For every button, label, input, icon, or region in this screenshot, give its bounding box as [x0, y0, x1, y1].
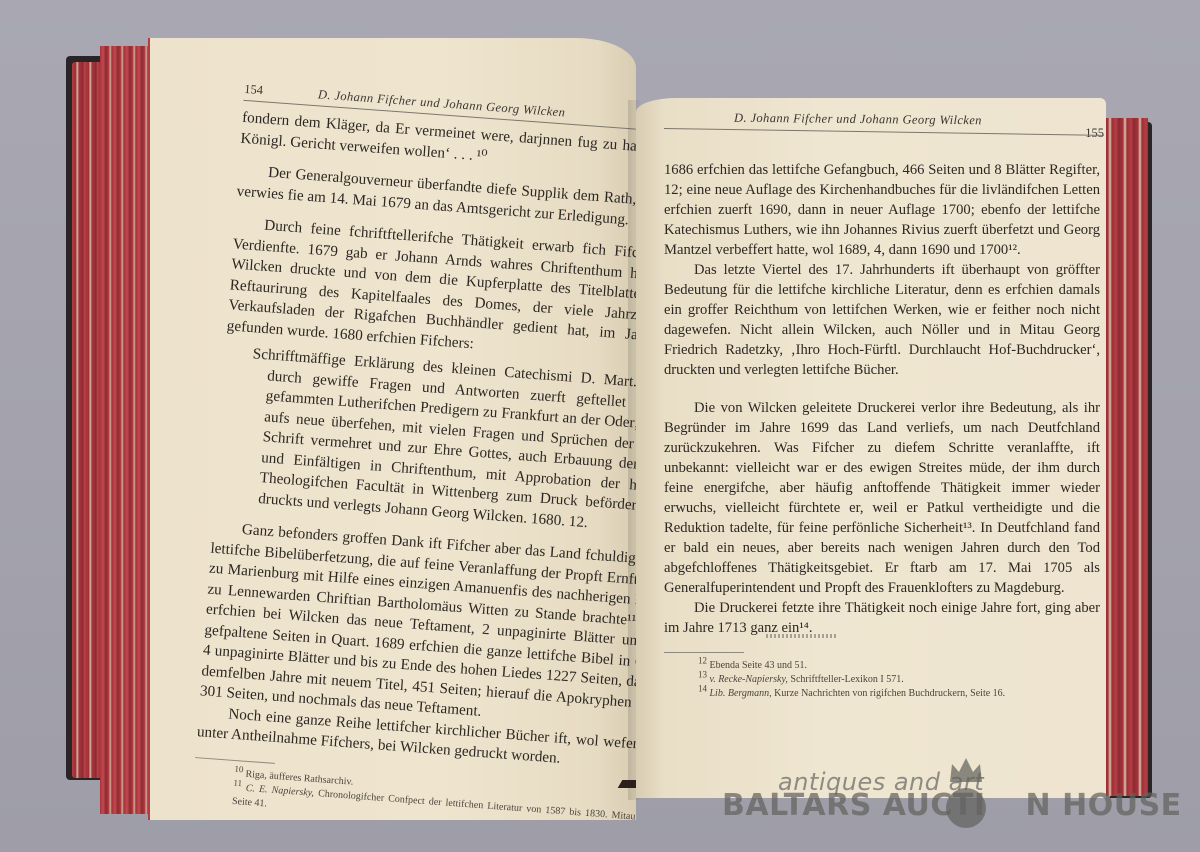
footnote-number: 13 — [698, 670, 707, 680]
right-page: D. Johann Fifcher und Johann Georg Wilck… — [636, 98, 1106, 798]
paragraph: Die von Wilcken geleitete Druckerei verl… — [664, 398, 1100, 598]
paragraph: 1686 erfchien das lettifche Gefangbuch, … — [664, 160, 1100, 260]
left-page-body: fondern dem Kläger, da Er vermeinet were… — [192, 108, 636, 820]
paragraph: Das letzte Viertel des 17. Jahrhunderts … — [664, 260, 1100, 380]
header-rule-right — [664, 128, 1104, 136]
footnote: 12 Ebenda Seite 43 und 51. — [664, 659, 1100, 673]
watermark-name: BALTARS AUCTIN HOUSE — [722, 788, 1182, 823]
crown-icon — [948, 756, 984, 784]
running-head-title-right: D. Johann Fifcher und Johann Georg Wilck… — [734, 111, 982, 129]
page-number-right: 155 — [1085, 126, 1104, 141]
footnotes-left: 10 Riga, äufferes Rathsarchiv. 11 C. E. … — [192, 764, 636, 820]
footnote-number: 14 — [698, 684, 707, 694]
footnote-number: 10 — [234, 763, 244, 774]
footnote: 13 v. Recke-Napiersky, Schriftfteller-Le… — [664, 673, 1100, 687]
footnote-rule — [664, 652, 744, 653]
left-page: 154 D. Johann Fifcher und Johann Georg W… — [150, 38, 636, 820]
red-page-edges-right — [1104, 118, 1148, 796]
paragraph: Ganz befonders groffen Dank ift Fifcher … — [199, 518, 636, 736]
footnote-number: 11 — [233, 777, 242, 788]
footnote: 14 Lib. Bergmann, Kurze Nachrichten von … — [664, 687, 1100, 701]
footnotes-right: 12 Ebenda Seite 43 und 51. 13 v. Recke-N… — [664, 659, 1100, 701]
right-page-body: 1686 erfchien das lettifche Gefangbuch, … — [664, 160, 1100, 701]
end-ornament-rule — [766, 634, 838, 638]
paragraph: Die Druckerei fetzte ihre Thätigkeit noc… — [664, 598, 1100, 638]
page-number-left: 154 — [244, 82, 264, 98]
footnote-number: 12 — [698, 656, 707, 666]
book-title-quote: Schrifftmäffige Erklärung des kleinen Ca… — [214, 342, 636, 540]
